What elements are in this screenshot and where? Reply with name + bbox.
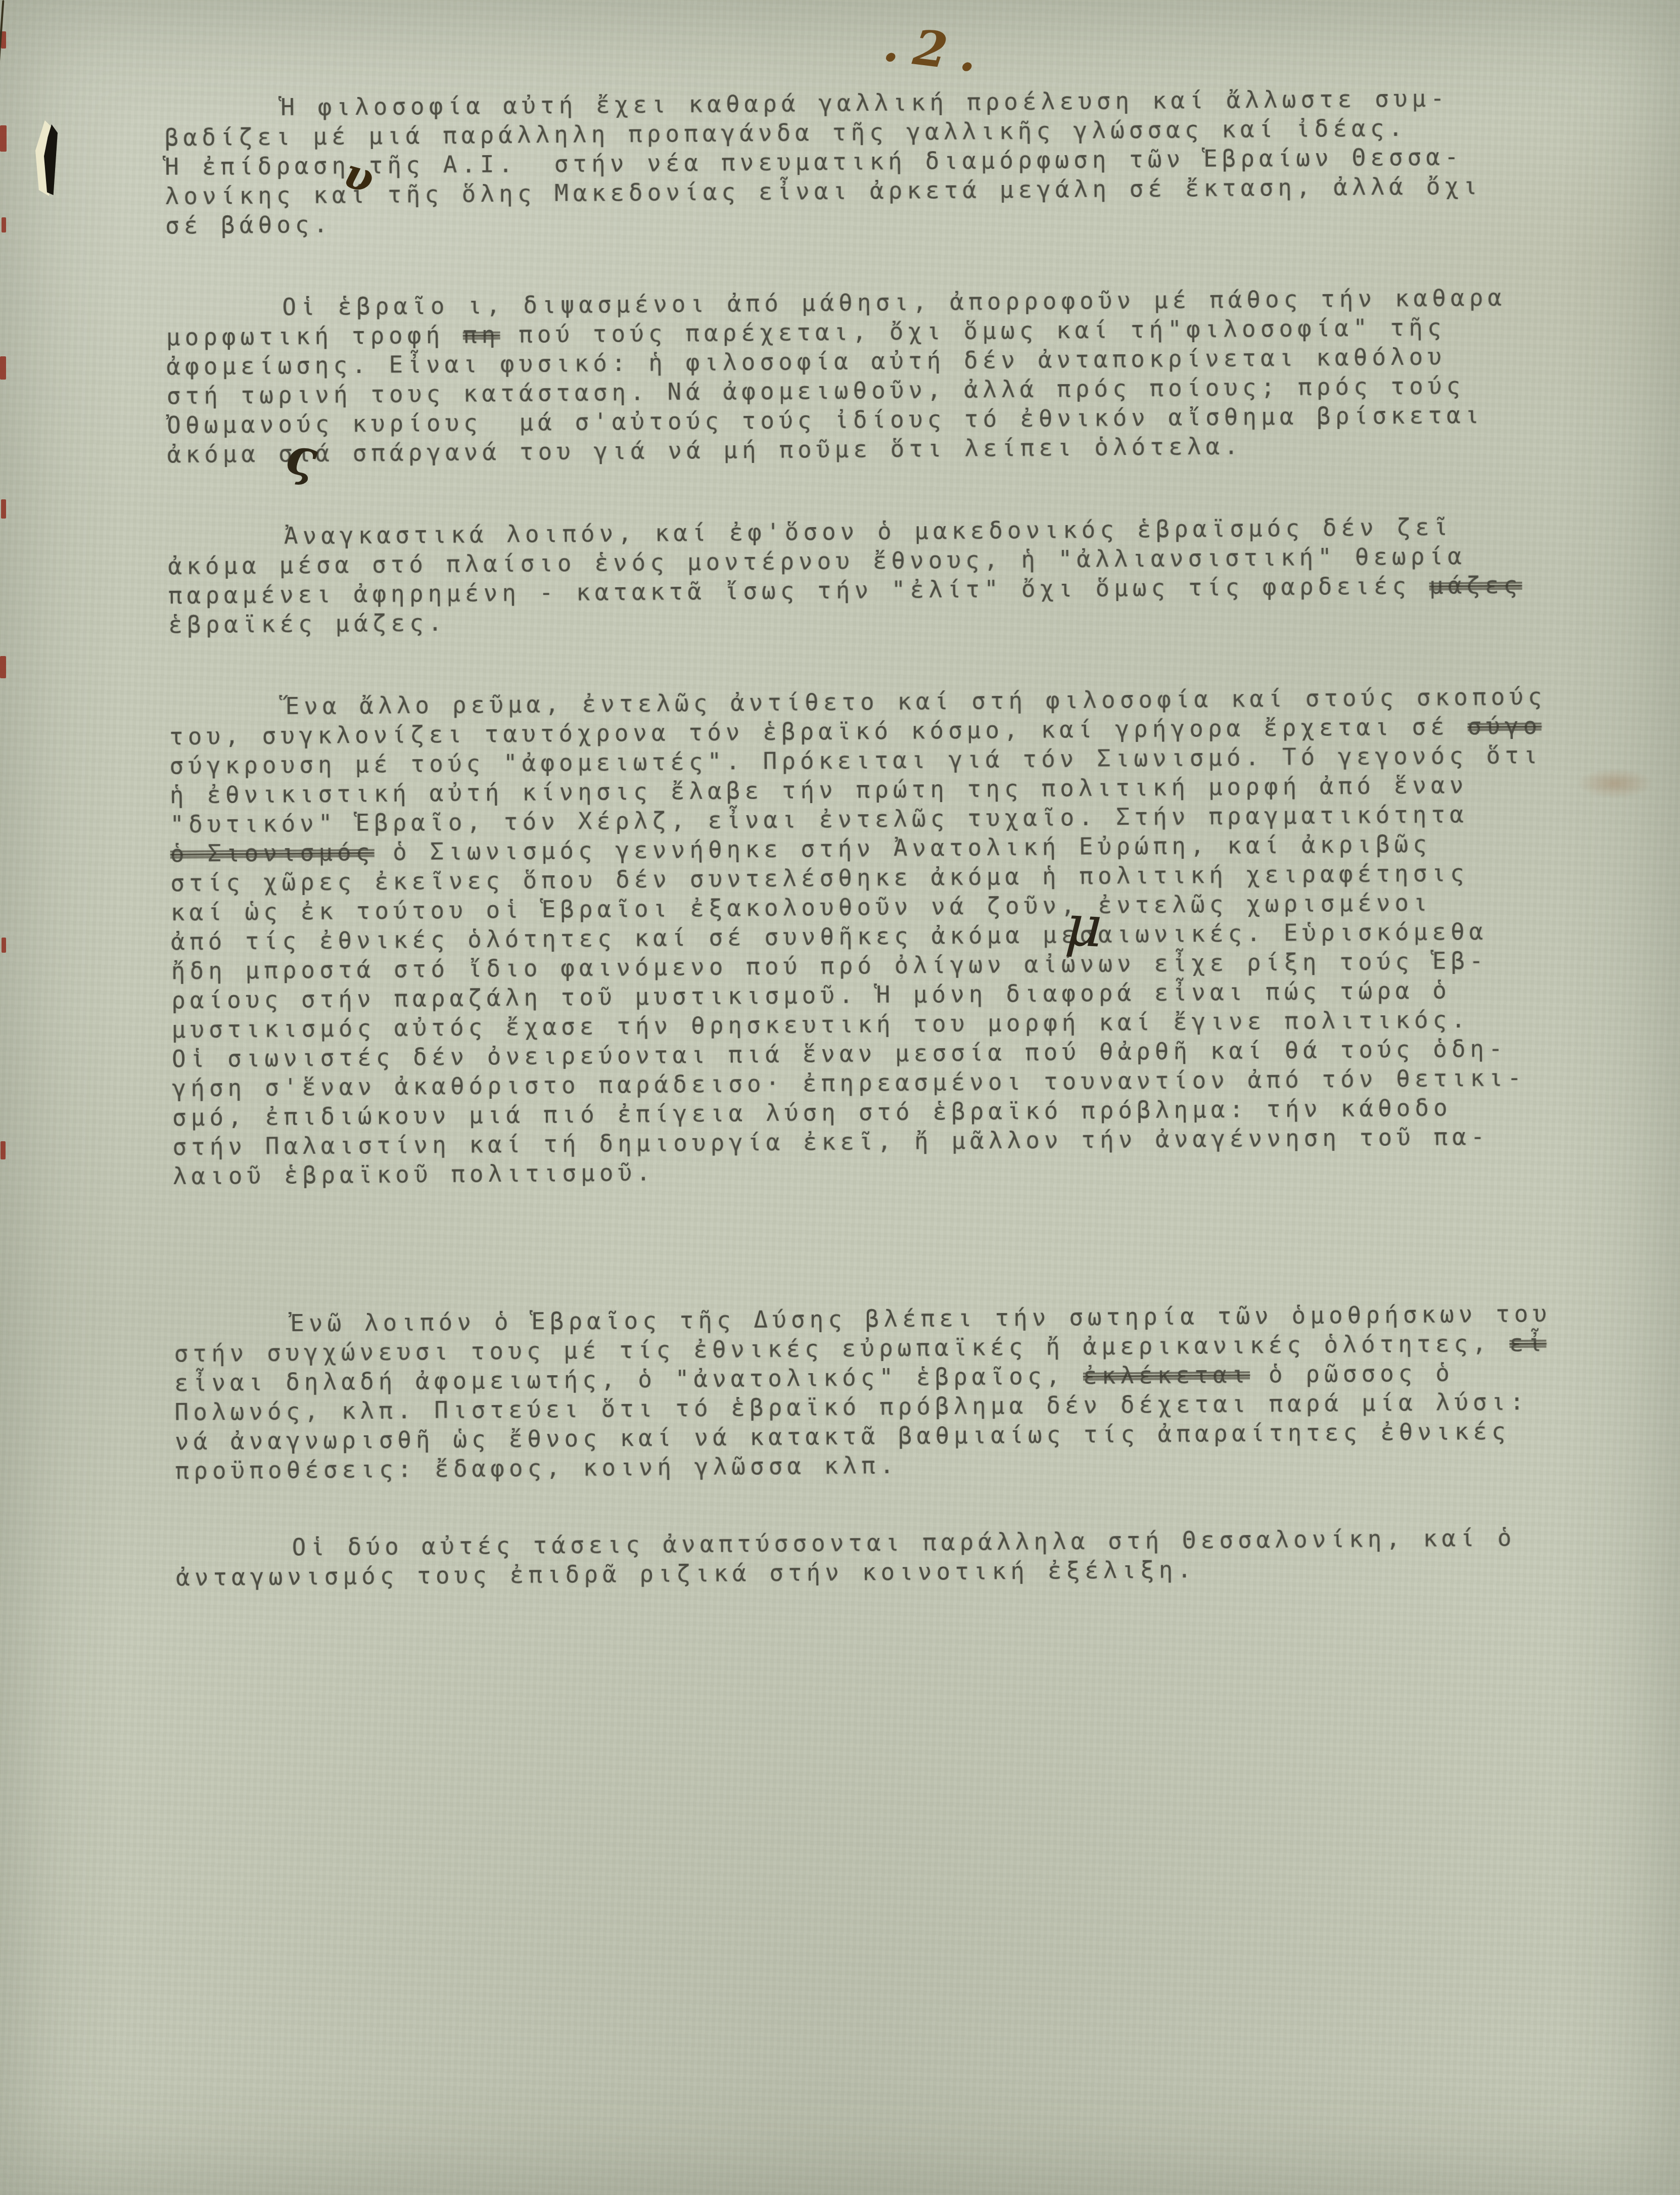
struck-text: εἶ [1509,1329,1547,1357]
paper-edge-speck [0,125,7,152]
paper-edge-speck [1,1141,6,1159]
typewritten-segment: ὁ ρῶσσος ὁ [1250,1359,1454,1388]
paragraph: Οἱ ἑβραῖο ι, διψασμένοι ἀπό μάθησι, ἀπορ… [166,282,1593,469]
handwritten-mu-mark: μ [1064,893,1104,960]
paragraph: Οἱ δύο αὐτές τάσεις ἀναπτύσσονται παράλλ… [175,1522,1601,1592]
paper-edge-speck [2,938,6,953]
paper-edge-speck [2,217,6,232]
paragraph: Ἐνῶ λοιπόν ὁ Ἑβραῖος τῆς Δύσης βλέπει τή… [174,1298,1601,1485]
typewritten-segment: ἀνταγωνισμός τους ἐπιδρᾶ ριζικά στήν κοι… [176,1556,1196,1591]
typewritten-segment: προϋποθέσεις: ἔδαφος, κοινή γλῶσσα κλπ. [175,1452,898,1484]
typewritten-segment: ἑβραϊκές μάζες. [168,609,447,638]
paragraph: Ἕνα ἄλλο ρεῦμα, ἐντελῶς ἀντίθετο καί στή… [169,681,1598,1191]
typewritten-segment: λαιοῦ ἑβραϊκοῦ πολιτισμοῦ. [173,1158,655,1189]
typewritten-text: Ἡ φιλοσοφία αὐτή ἔχει καθαρά γαλλική προ… [164,82,1601,1592]
struck-text: ἐκλέκεται [1083,1361,1250,1389]
struck-text: πη [463,321,500,349]
paper-edge-speck [1,499,6,519]
struck-text: σύγο [1467,712,1542,740]
page-number-annotation: .2. [880,15,994,85]
struck-text: ὁ Σιονισμός [170,838,375,867]
struck-text: μάζες [1429,571,1522,599]
paper-edge-speck [0,656,6,678]
typewritten-segment: σέ βάθος. [165,210,333,239]
paper-edge-speck [0,356,6,380]
typewritten-segment: μορφωτική τροφή [166,321,463,351]
paragraph: Ἀναγκαστικά λοιπόν, καί ἐφ'ὅσον ὁ μακεδο… [168,511,1594,639]
scanned-page: .2. Ἡ φιλοσοφία αὐτή ἔχει καθαρά γαλλική… [0,0,1680,2195]
